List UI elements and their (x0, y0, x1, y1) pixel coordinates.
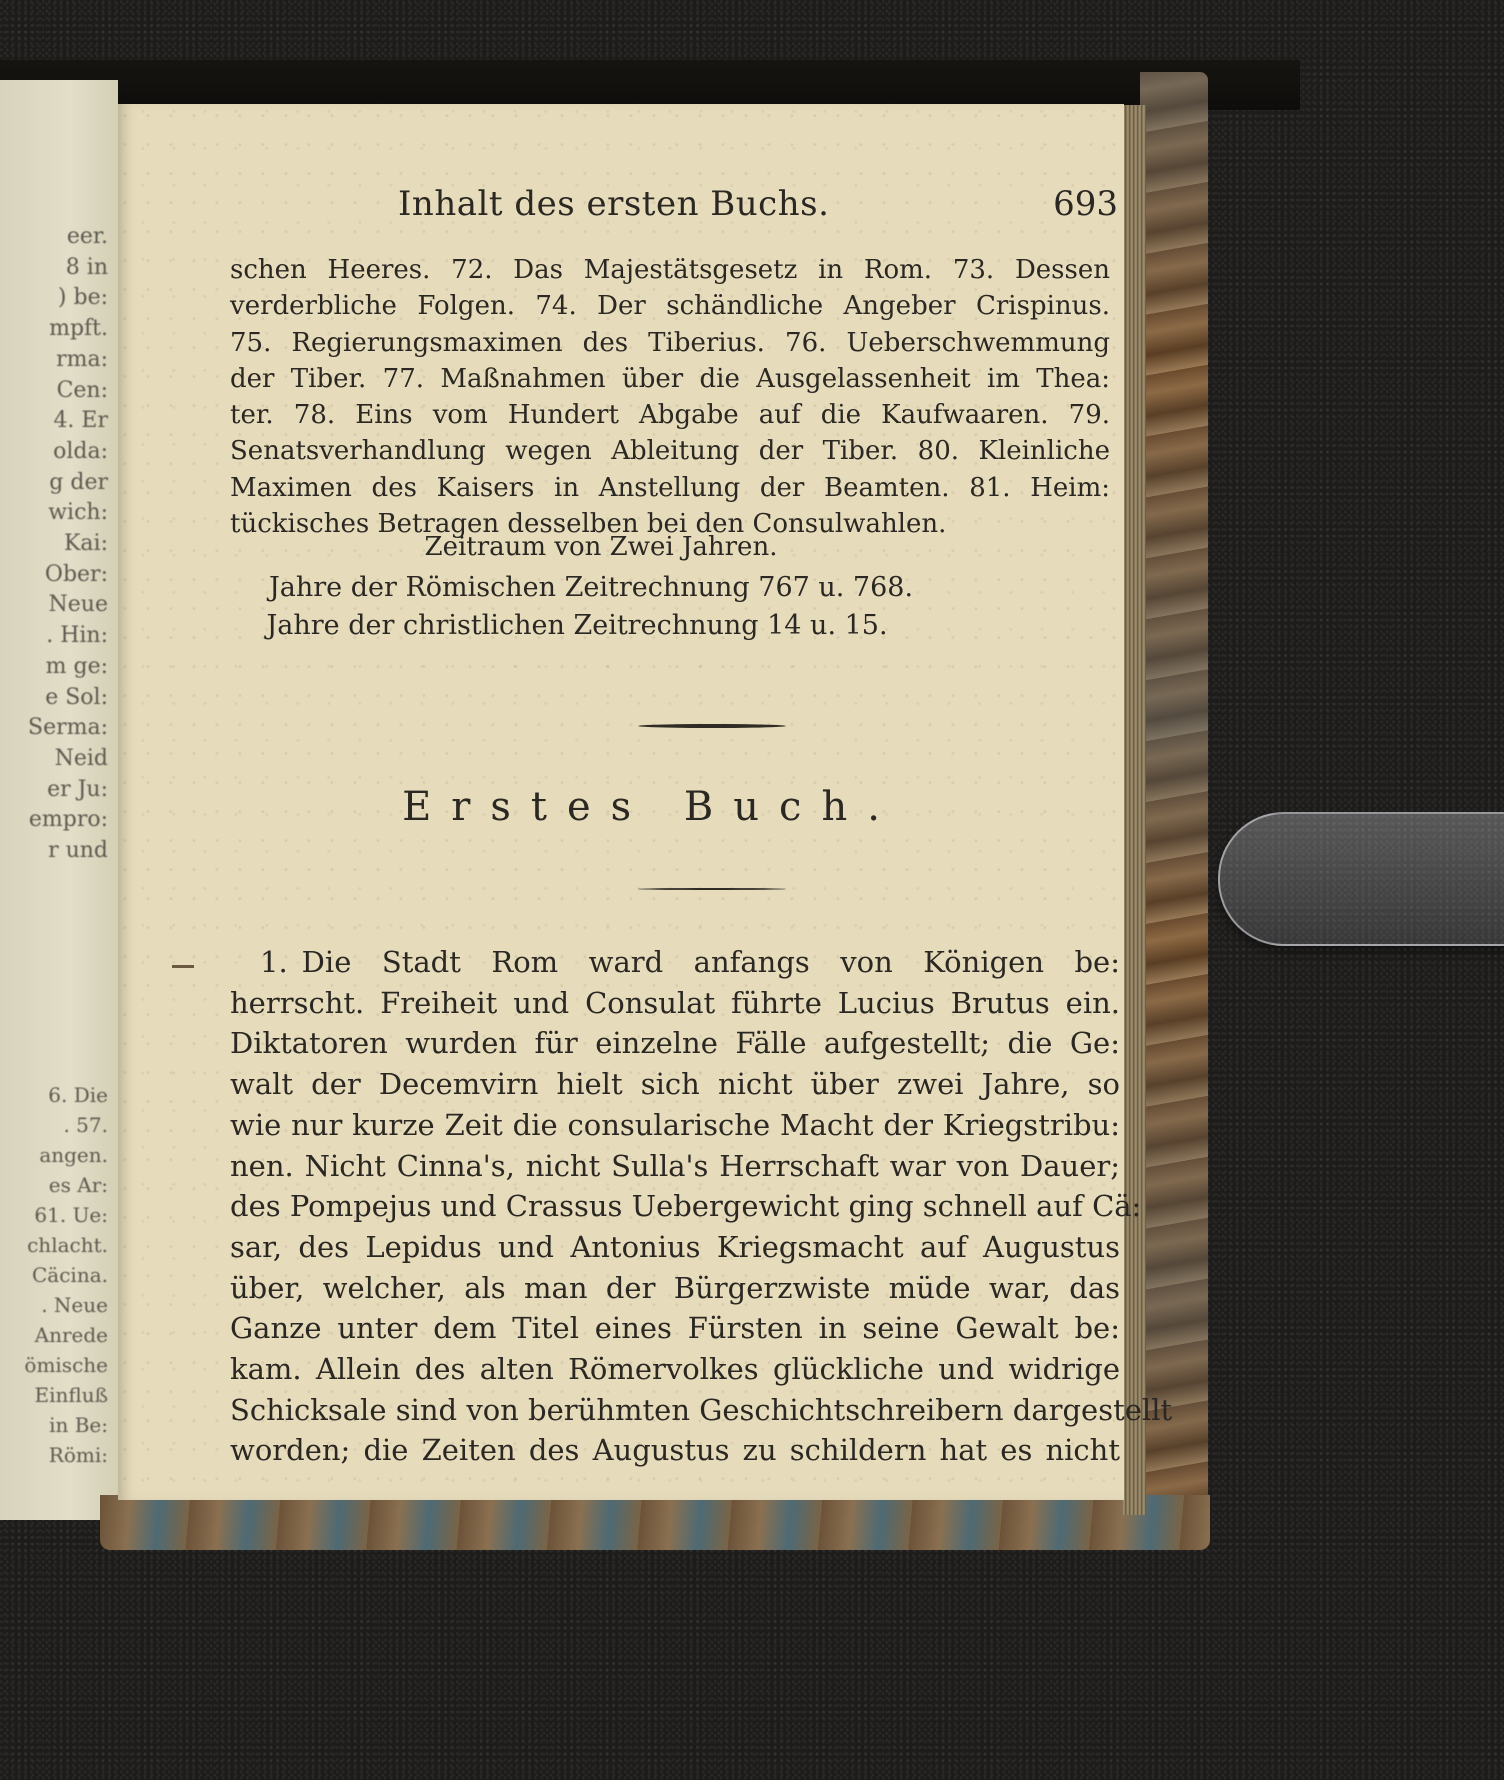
chapter-first-line: 1.Die Stadt Rom ward anfangs von Königen… (230, 942, 1120, 983)
chapter-line: des Pompejus und Crassus Uebergewicht gi… (230, 1186, 1120, 1227)
margin-mark (172, 965, 194, 968)
page-clip (1218, 812, 1504, 946)
chapter-line: Schicksale sind von berühmten Geschichts… (230, 1390, 1120, 1431)
marbled-cover-edge (1140, 72, 1208, 1522)
chapter-line: Ganze unter dem Titel eines Fürsten in s… (230, 1308, 1120, 1349)
chapter-line: worden; die Zeiten des Augustus zu schil… (230, 1430, 1120, 1471)
chapter-line: herrscht. Freiheit und Consulat führte L… (230, 983, 1120, 1024)
left-page-text-top: eer. 8 in ) be: mpft. rma: Cen: 4. Er ol… (28, 222, 108, 867)
toc-line: der Tiber. 77. Maßnahmen über die Ausgel… (230, 361, 1110, 397)
chapter-line-text: Die Stadt Rom ward anfangs von Königen b… (302, 945, 1120, 979)
left-page-text-bottom: 6. Die . 57. angen. es Ar: 61. Ue: chlac… (24, 1080, 108, 1470)
toc-line: Senatsverhandlung wegen Ableitung der Ti… (230, 433, 1110, 469)
table-of-contents: schen Heeres. 72. Das Majestätsgesetz in… (230, 252, 1110, 542)
marbled-cover-bottom (100, 1495, 1210, 1550)
chapter-line: Diktatoren wurden für einzelne Fälle auf… (230, 1023, 1120, 1064)
page-block-edge (1122, 105, 1146, 1515)
left-facing-page: eer. 8 in ) be: mpft. rma: Cen: 4. Er ol… (0, 80, 118, 1520)
chapter-line: sar, des Lepidus und Antonius Kriegsmach… (230, 1227, 1120, 1268)
toc-line: verderbliche Folgen. 74. Der schändliche… (230, 288, 1110, 324)
book-heading: Erstes Buch. (118, 784, 1124, 830)
chapter-1-text: 1.Die Stadt Rom ward anfangs von Königen… (230, 942, 1120, 1471)
right-page: Inhalt des ersten Buchs. 693 schen Heere… (118, 104, 1124, 1500)
chapter-line: nen. Nicht Cinna's, nicht Sulla's Herrsc… (230, 1146, 1120, 1187)
chapter-line: kam. Allein des alten Römervolkes glückl… (230, 1349, 1120, 1390)
chapter-line: über, welcher, als man der Bürgerzwiste … (230, 1268, 1120, 1309)
roman-years: Jahre der Römischen Zeitrechnung 767 u. … (88, 572, 1094, 603)
book-photo: eer. 8 in ) be: mpft. rma: Cen: 4. Er ol… (0, 0, 1504, 1780)
divider-rule-top (638, 724, 786, 728)
page-number: 693 (1053, 184, 1118, 224)
toc-line: schen Heeres. 72. Das Majestätsgesetz in… (230, 252, 1110, 288)
toc-line: Maximen des Kaisers in Anstellung der Be… (230, 470, 1110, 506)
period-title: Zeitraum von Zwei Jahren. (98, 532, 1104, 562)
running-head: Inhalt des ersten Buchs. (398, 184, 829, 224)
toc-line: 75. Regierungsmaximen des Tiberius. 76. … (230, 325, 1110, 361)
chapter-number: 1. (260, 942, 288, 983)
chapter-line: wie nur kurze Zeit die consularische Mac… (230, 1105, 1120, 1146)
divider-rule-bottom (638, 888, 786, 890)
christian-years: Jahre der christlichen Zeitrechnung 14 u… (74, 610, 1080, 641)
book-top-shadow (0, 60, 1300, 110)
chapter-line: walt der Decemvirn hielt sich nicht über… (230, 1064, 1120, 1105)
toc-line: ter. 78. Eins vom Hundert Abgabe auf die… (230, 397, 1110, 433)
